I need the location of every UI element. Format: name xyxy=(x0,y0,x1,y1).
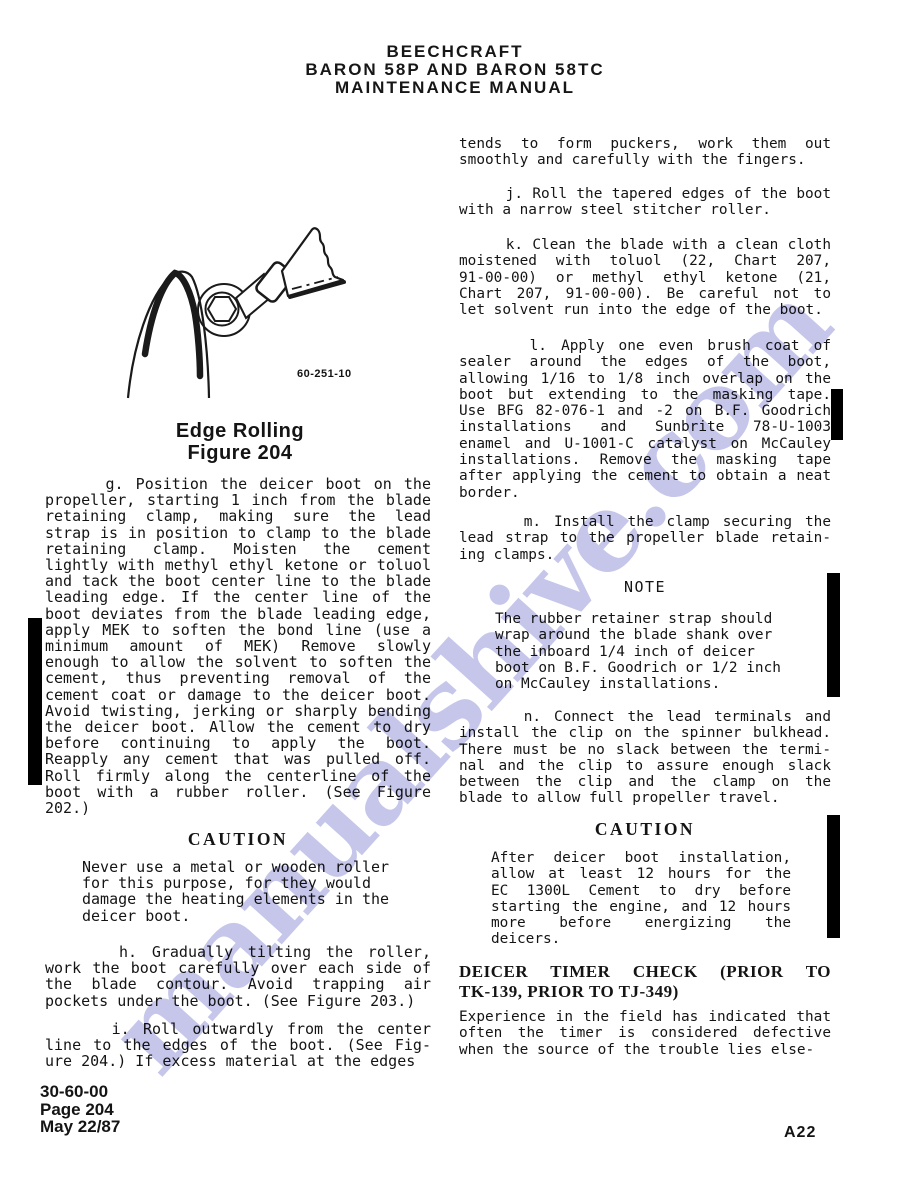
caution-heading-left: CAUTION xyxy=(45,829,431,850)
roller-hub-nut xyxy=(208,297,236,321)
footer-ata-number: 30-60-00 xyxy=(40,1083,120,1101)
footer-block: 30-60-00 Page 204 May 22/87 xyxy=(40,1083,120,1136)
footer-page-label: Page 204 xyxy=(40,1101,120,1119)
blade-leading-edge-thick xyxy=(145,273,200,376)
figure-204-drawing: 60-251-10 xyxy=(112,216,457,411)
paragraph-n: n. Connect the lead terminals andinstall… xyxy=(459,709,831,807)
caution-text-left: Never use a metal or wooden rollerfor th… xyxy=(82,859,427,924)
header-line-3: MAINTENANCE MANUAL xyxy=(235,79,675,97)
note-heading: NOTE xyxy=(459,578,831,596)
page-header: BEECHCRAFT BARON 58P AND BARON 58TC MAIN… xyxy=(235,43,675,97)
caution-text-right: After deicer boot installation,allow at … xyxy=(491,850,791,948)
note-text: The rubber retainer strap shouldwrap aro… xyxy=(495,611,813,692)
deicer-timer-check-heading: DEICER TIMER CHECK (PRIOR TOTK-139, PRIO… xyxy=(459,962,831,1001)
paragraph-g: g. Position the deicer boot on thepropel… xyxy=(45,476,431,816)
edge-rolling-illustration xyxy=(112,216,457,411)
paragraph-l: l. Apply one even brush coat ofsealer ar… xyxy=(459,338,831,501)
caution-heading-right: CAUTION xyxy=(459,819,831,840)
header-line-2: BARON 58P AND BARON 58TC xyxy=(235,61,675,79)
figure-drawing-id: 60-251-10 xyxy=(297,368,352,380)
paragraph-j: j. Roll the tapered edges of the bootwit… xyxy=(459,186,831,219)
manual-page: manualshive.com BEECHCRAFT BARON 58P AND… xyxy=(0,0,915,1188)
revision-bar-right-2 xyxy=(827,573,840,697)
revision-bar-right-1 xyxy=(831,389,843,440)
paragraph-m: m. Install the clamp securing thelead st… xyxy=(459,514,831,563)
paragraph-i-continuation: tends to form puckers, work them outsmoo… xyxy=(459,136,831,169)
figure-204-caption: Edge Rolling Figure 204 xyxy=(115,420,365,464)
header-line-1: BEECHCRAFT xyxy=(235,43,675,61)
paragraph-i: i. Roll outwardly from the centerline to… xyxy=(45,1021,431,1070)
paragraph-k: k. Clean the blade with a clean clothmoi… xyxy=(459,237,831,318)
revision-bar-right-3 xyxy=(827,815,840,938)
figure-caption-number: Figure 204 xyxy=(115,442,365,464)
paragraph-experience: Experience in the field has indicated th… xyxy=(459,1009,831,1058)
paragraph-h: h. Gradually tilting the roller,work the… xyxy=(45,944,431,1009)
figure-caption-title: Edge Rolling xyxy=(115,420,365,442)
footer-date: May 22/87 xyxy=(40,1118,120,1136)
footer-page-code: A22 xyxy=(784,1124,816,1142)
revision-bar-left xyxy=(28,618,42,785)
